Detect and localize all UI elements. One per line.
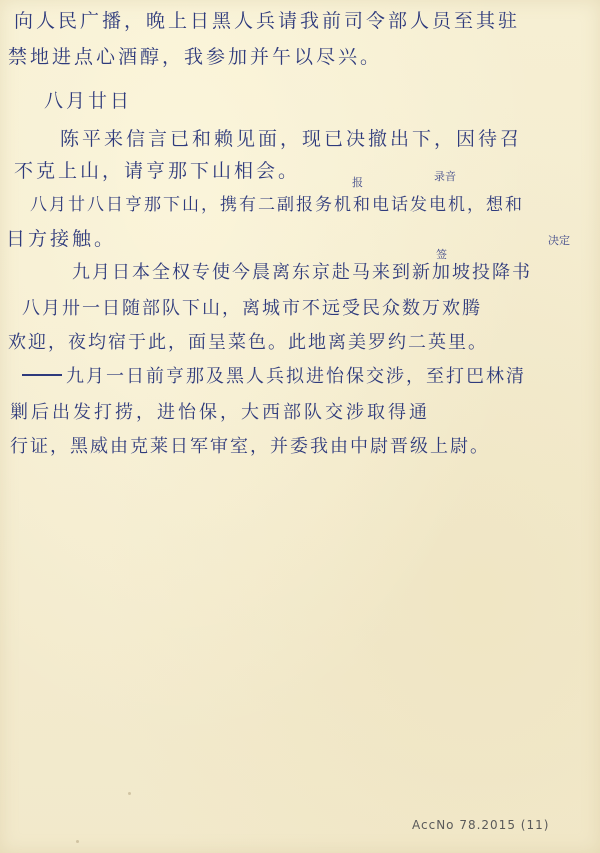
annotation-above-machine: 报 (352, 174, 363, 190)
strikethrough-mark (22, 374, 62, 376)
handwritten-line-1: 向人民广播，晚上日黑人兵请我前司令部人员至其驻 (14, 6, 520, 33)
handwritten-line-2: 禁地进点心酒醇，我参加并午以尽兴。 (8, 42, 382, 69)
paper-speck (128, 792, 131, 795)
handwritten-line-5: 不克上山，请亨那下山相会。 (14, 156, 300, 183)
handwritten-line-13: 行证，黑威由克莱日军审室，并委我由中尉晋级上尉。 (10, 432, 490, 458)
handwritten-line-7: 日方接触。 (6, 224, 116, 251)
handwritten-line-4: 陈平来信言已和赖见面，现已决撤出下，因待召 (60, 124, 522, 151)
handwritten-line-8: 九月日本全权专使今晨离东京赴马来到新加坡投降书 (72, 258, 532, 284)
document-page: 向人民广播，晚上日黑人兵请我前司令部人员至其驻 禁地进点心酒醇，我参加并午以尽兴… (0, 0, 600, 853)
date-heading-aug-20: 八月廿日 (44, 86, 132, 113)
handwritten-line-12: 剿后出发打捞，进怡保，大西部队交涉取得通 (10, 398, 430, 424)
annotation-above-recorder: 录音 (434, 168, 456, 184)
handwritten-line-6: 八月廿八日亨那下山，携有二副报务机和电话发电机，想和 (30, 190, 524, 215)
annotation-decide: 决定 (548, 232, 570, 248)
handwritten-line-9: 八月卅一日随部队下山，离城市不远受民众数万欢腾 (22, 294, 482, 320)
paper-speck (76, 840, 79, 843)
handwritten-line-11: 九月一日前亨那及黑人兵拟进怡保交涉，至打巴林清 (66, 362, 526, 388)
handwritten-line-10: 欢迎，夜均宿于此，面呈菜色。此地离美罗约二英里。 (8, 328, 488, 354)
accession-number: AccNo 78.2015 (11) (412, 818, 549, 832)
